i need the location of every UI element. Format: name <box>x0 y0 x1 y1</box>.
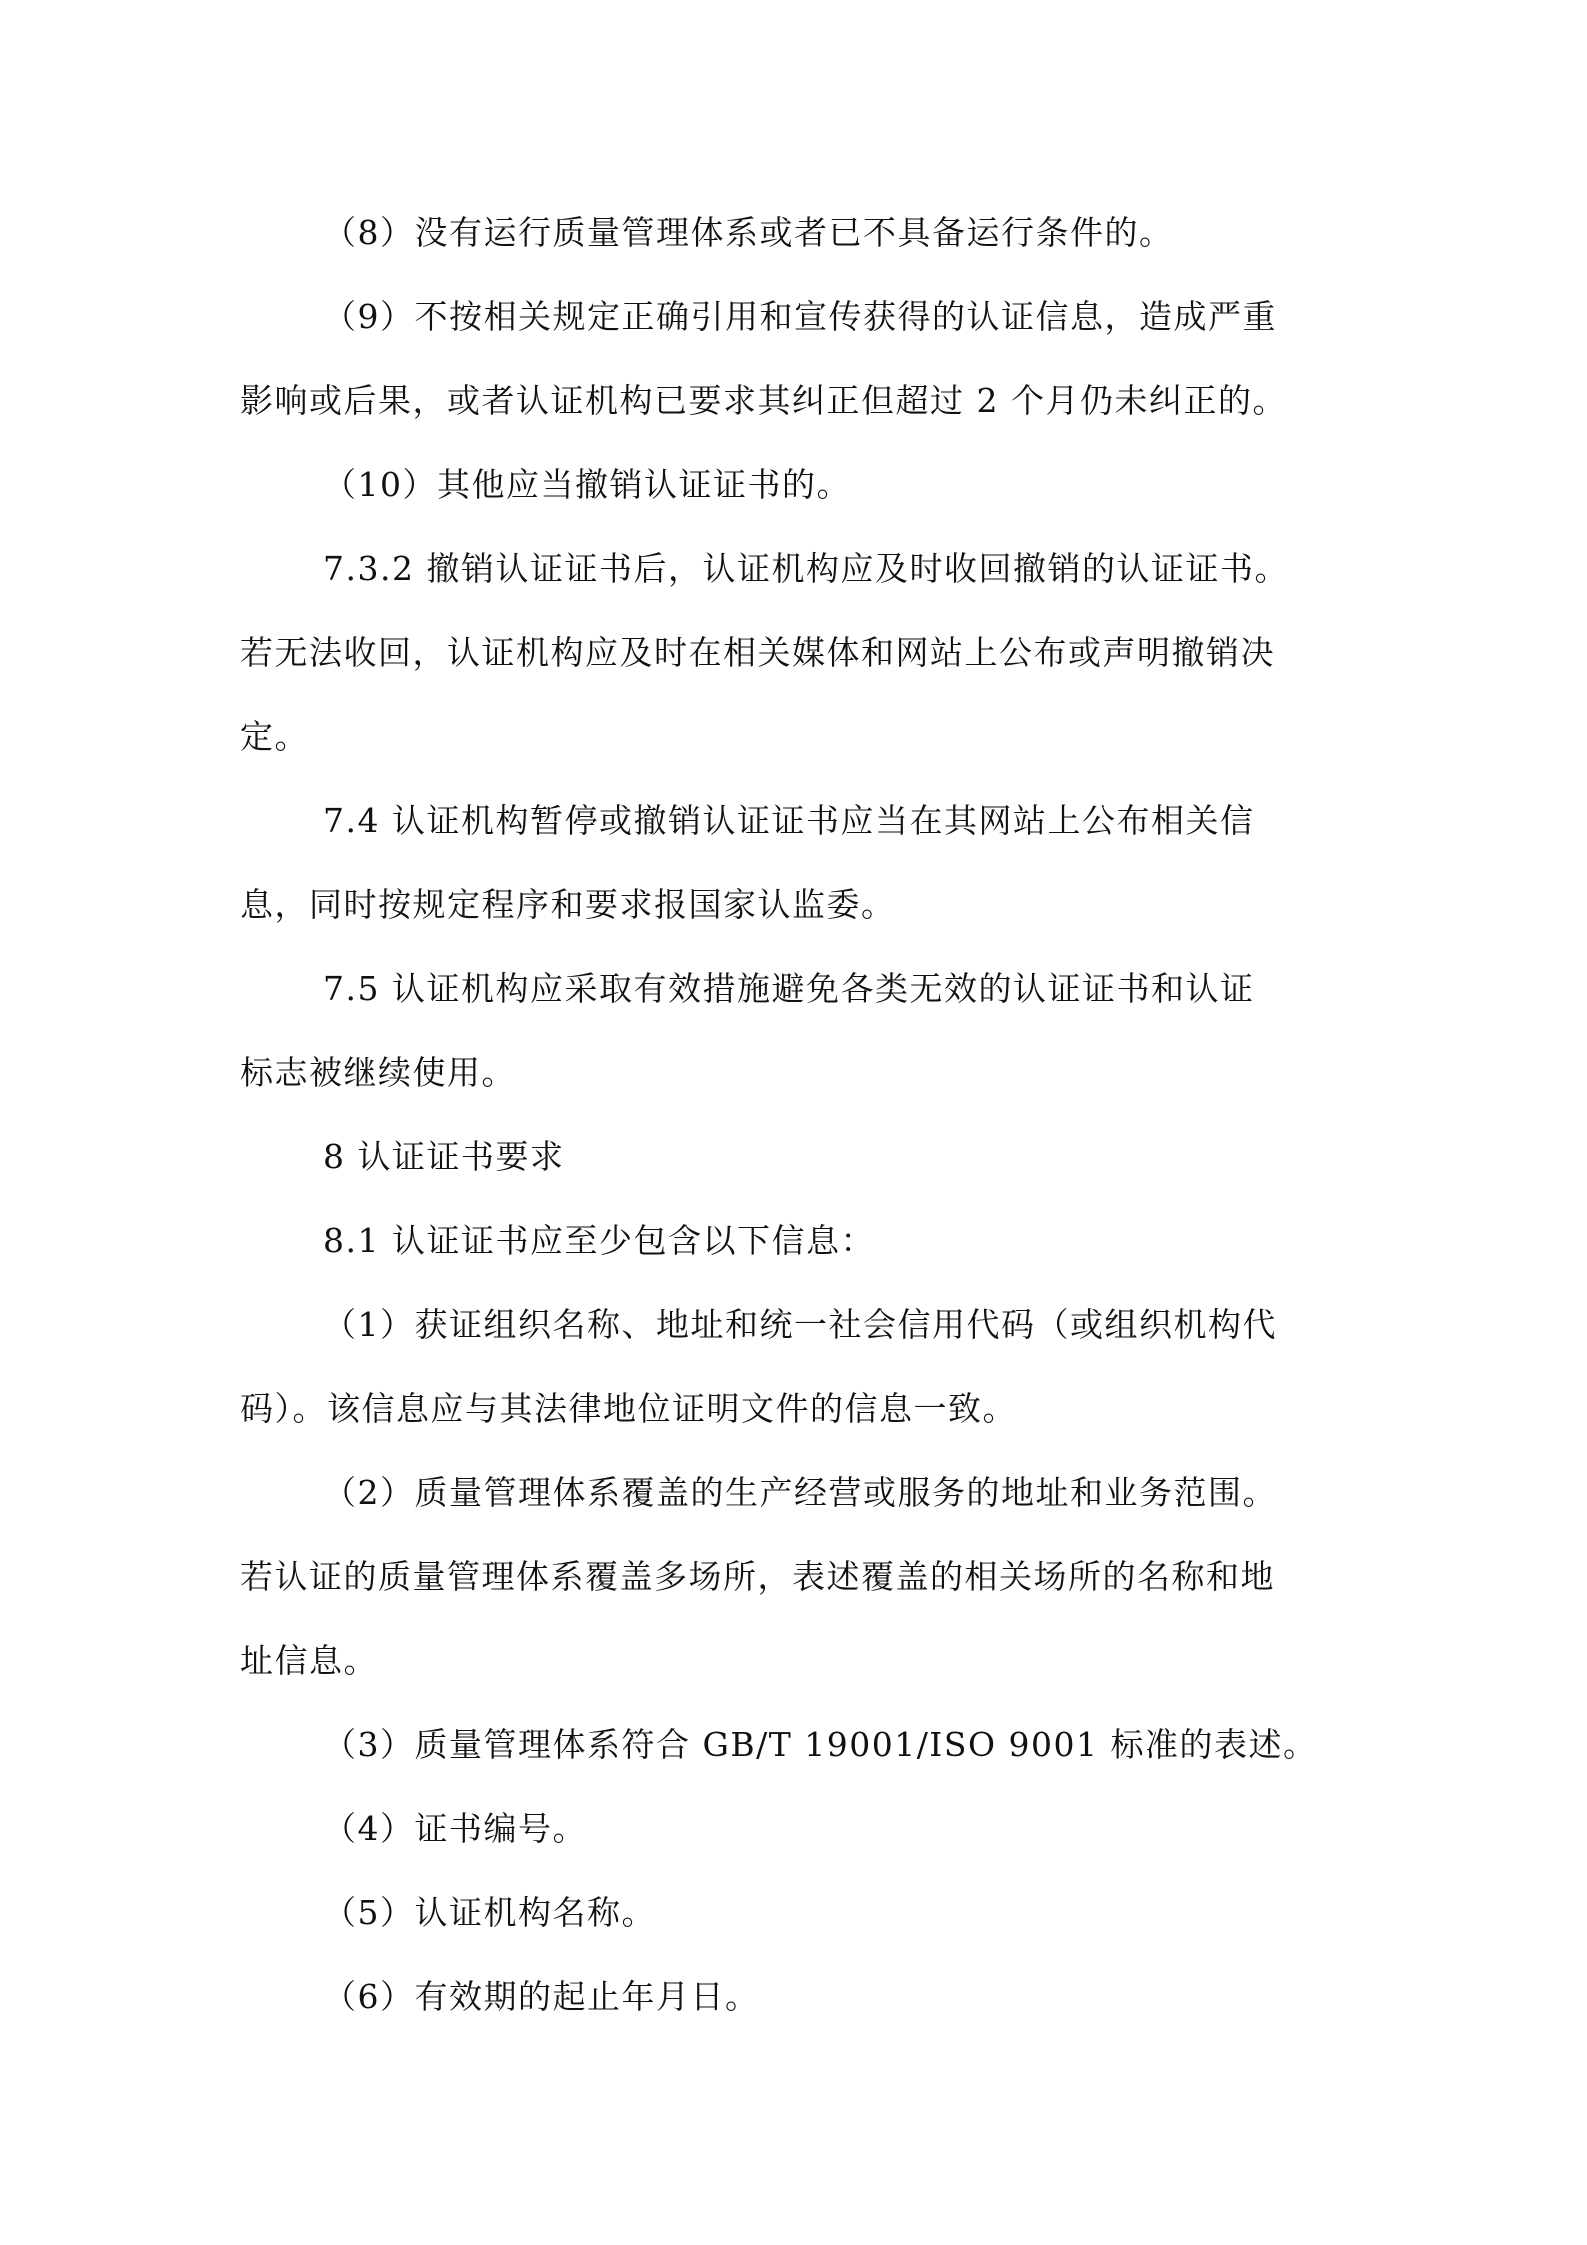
clause-8-8: （8）没有运行质量管理体系或者已不具备运行条件的。 <box>323 213 1350 253</box>
item-4: （4）证书编号。 <box>323 1809 1350 1849</box>
clause-7-5-line2: 标志被继续使用。 <box>240 1053 1350 1093</box>
clause-7-3-2-line2: 若无法收回，认证机构应及时在相关媒体和网站上公布或声明撤销决 <box>240 633 1350 673</box>
clause-8-9-line1: （9）不按相关规定正确引用和宣传获得的认证信息，造成严重 <box>323 297 1350 337</box>
item-2-line1: （2）质量管理体系覆盖的生产经营或服务的地址和业务范围。 <box>323 1473 1350 1513</box>
clause-7-3-2-line1: 7.3.2 撤销认证证书后，认证机构应及时收回撤销的认证证书。 <box>323 549 1350 589</box>
clause-8-9-line2: 影响或后果，或者认证机构已要求其纠正但超过 2 个月仍未纠正的。 <box>240 381 1350 421</box>
clause-8-1: 8.1 认证证书应至少包含以下信息： <box>323 1221 1350 1261</box>
item-3: （3）质量管理体系符合 GB/T 19001/ISO 9001 标准的表述。 <box>323 1725 1350 1765</box>
clause-7-4-line1: 7.4 认证机构暂停或撤销认证证书应当在其网站上公布相关信 <box>323 801 1350 841</box>
clause-7-5-line1: 7.5 认证机构应采取有效措施避免各类无效的认证证书和认证 <box>323 969 1350 1009</box>
item-1-line2: 码）。该信息应与其法律地位证明文件的信息一致。 <box>240 1389 1350 1429</box>
item-2-line2: 若认证的质量管理体系覆盖多场所，表述覆盖的相关场所的名称和地 <box>240 1557 1350 1597</box>
item-6: （6）有效期的起止年月日。 <box>323 1977 1350 2017</box>
clause-8-10: （10）其他应当撤销认证证书的。 <box>323 465 1350 505</box>
document-page: （8）没有运行质量管理体系或者已不具备运行条件的。 （9）不按相关规定正确引用和… <box>0 0 1587 2245</box>
item-2-line3: 址信息。 <box>240 1641 1350 1681</box>
clause-7-3-2-line3: 定。 <box>240 717 1350 757</box>
item-1-line1: （1）获证组织名称、地址和统一社会信用代码（或组织机构代 <box>323 1305 1350 1345</box>
clause-7-4-line2: 息，同时按规定程序和要求报国家认监委。 <box>240 885 1350 925</box>
section-8-heading: 8 认证证书要求 <box>323 1137 1350 1177</box>
item-5: （5）认证机构名称。 <box>323 1893 1350 1933</box>
